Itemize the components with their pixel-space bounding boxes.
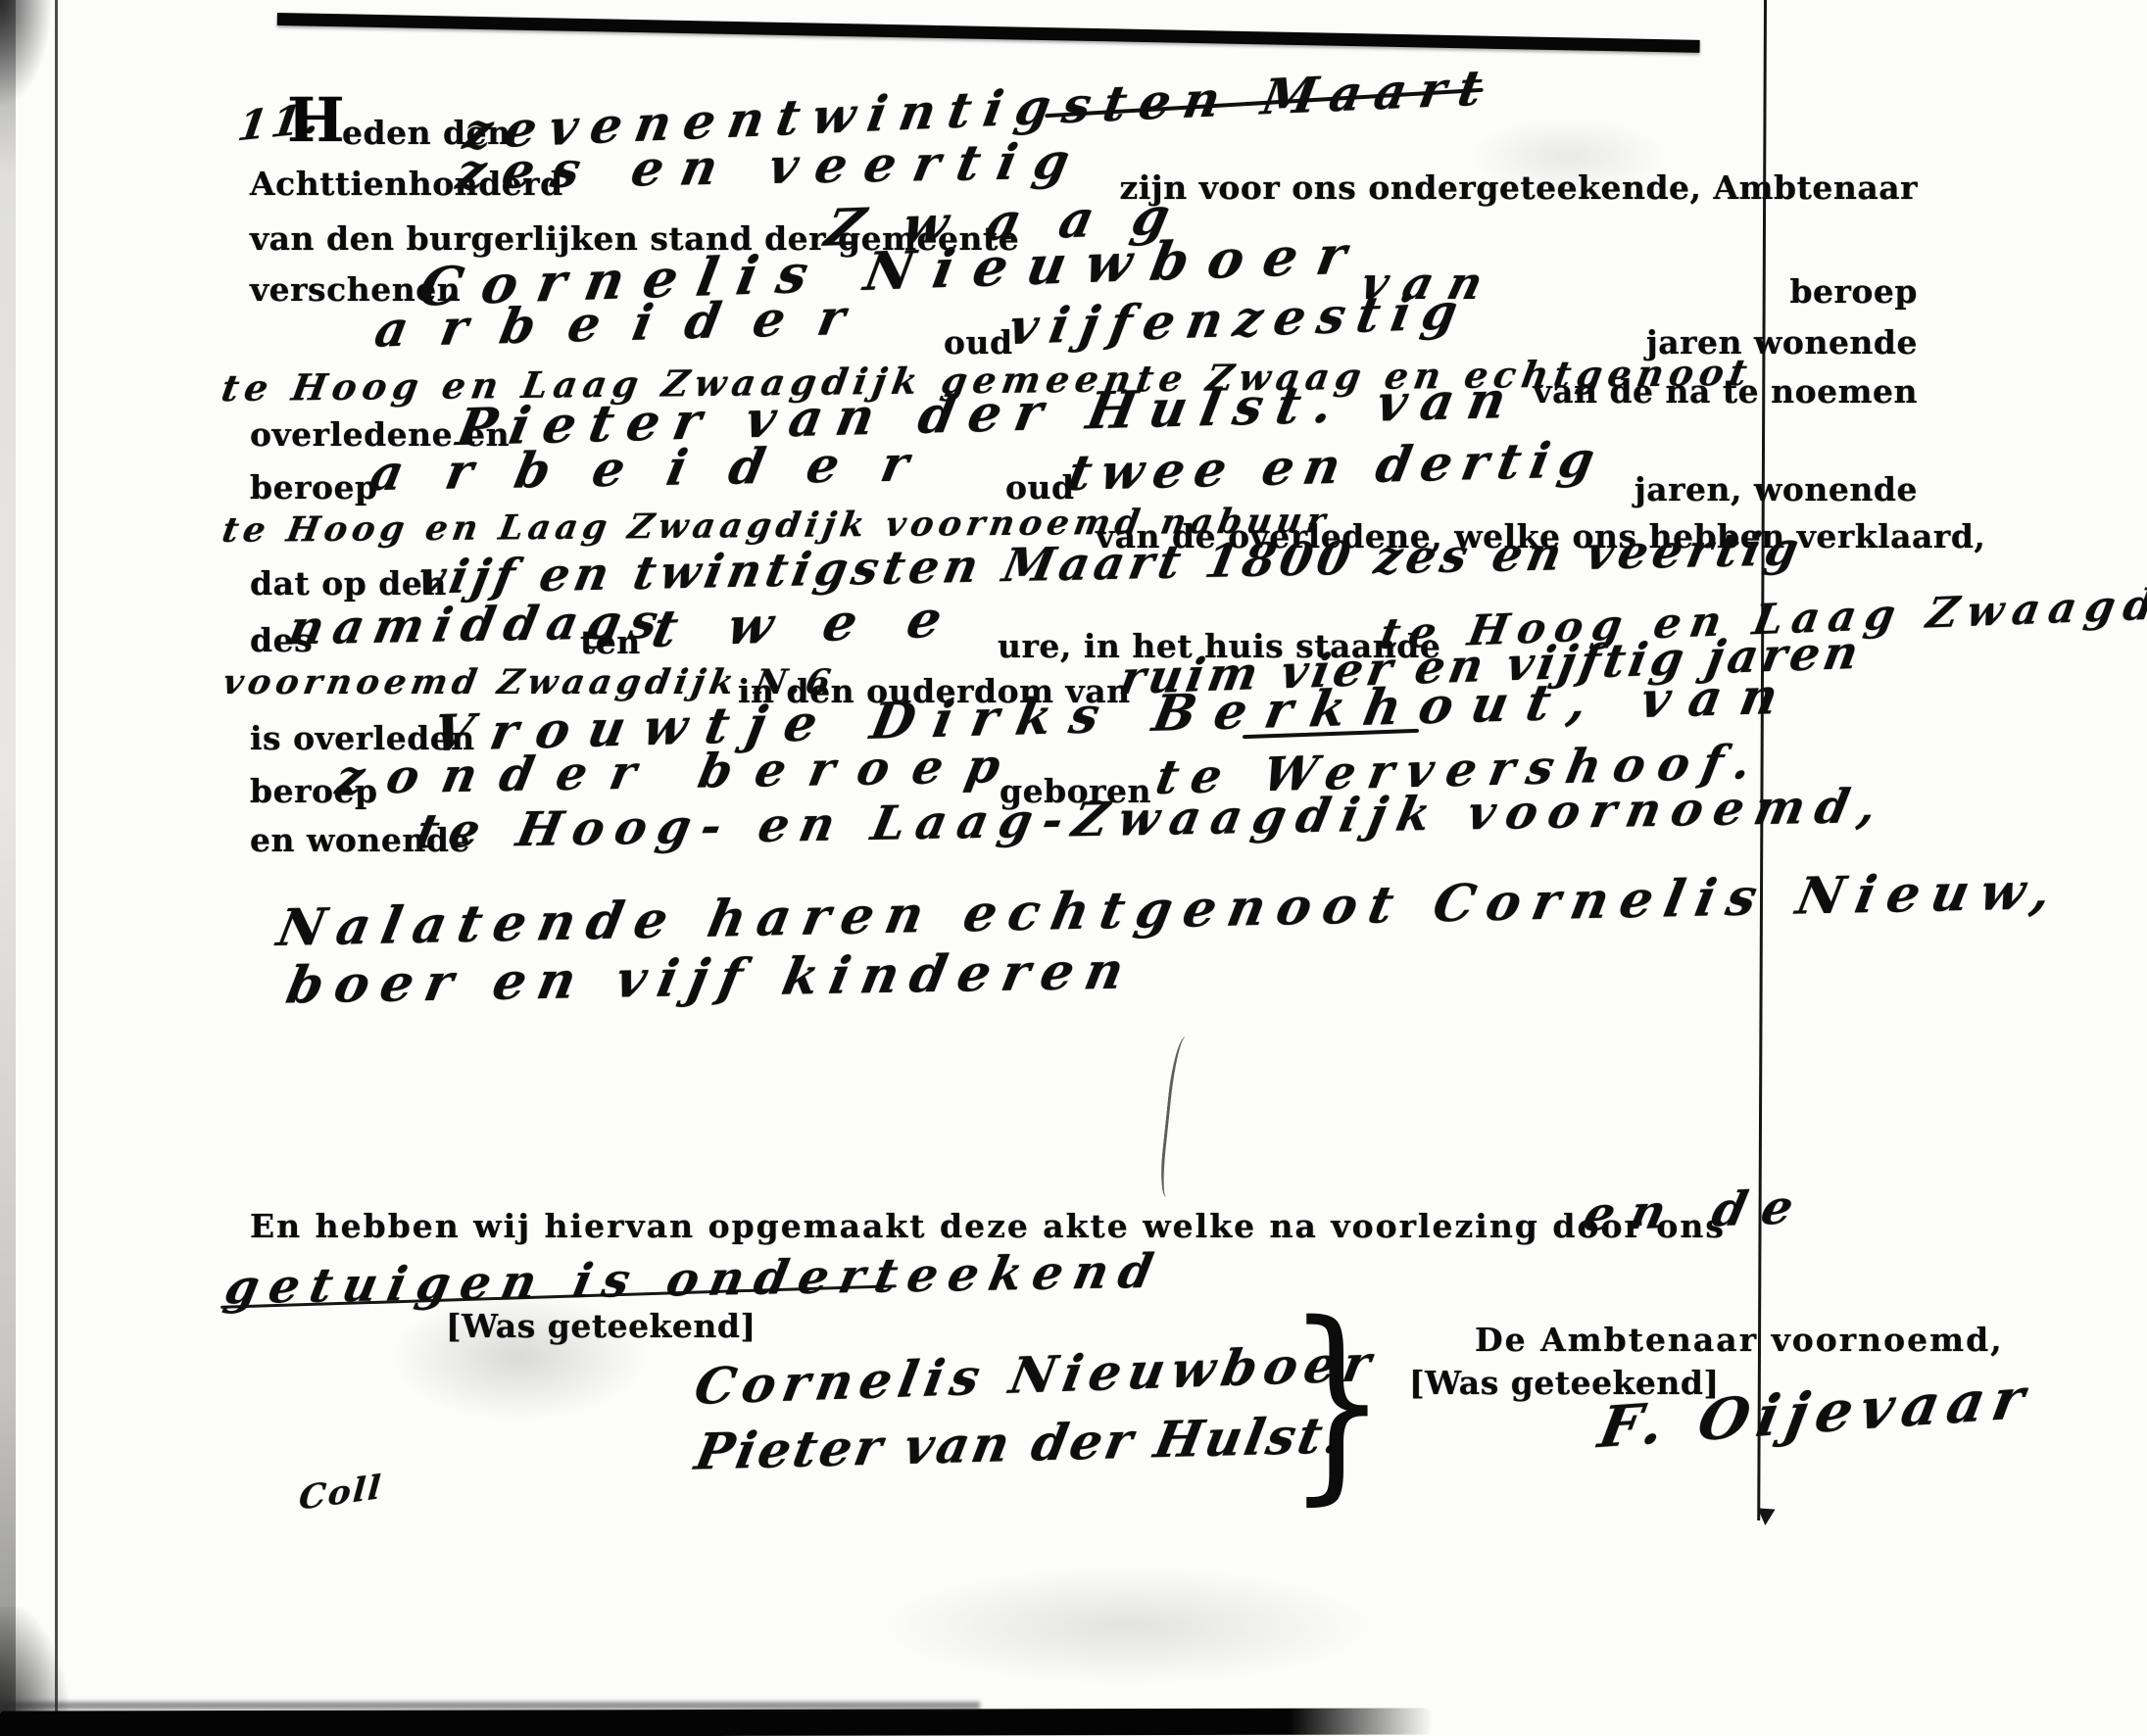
witness2-signature: Pieter van der Hulst.: [691, 1406, 1350, 1481]
ten-label: ten: [580, 623, 641, 661]
na-te-noemen-label: van de na te noemen: [1533, 372, 1918, 410]
beroep2-label: beroep: [250, 468, 378, 506]
year-handwriting: zes en veertig: [452, 131, 1092, 200]
heden-drop-cap: H: [287, 90, 345, 151]
was-geteekend-left-label: [Was geteekend]: [446, 1307, 756, 1345]
oud-label: oud: [944, 323, 1013, 362]
collation-mark: Coll: [298, 1468, 384, 1518]
jaren-wonende2-label: jaren, wonende: [1635, 470, 1918, 508]
top-rule: [277, 13, 1700, 53]
bottom-scan-smear: [0, 1702, 980, 1710]
top-left-corner-smudge: [0, 0, 53, 108]
closing-handwriting-2: getuigen is onderteekend: [220, 1244, 1168, 1316]
right-rule-arrowhead-icon: [1756, 1508, 1775, 1525]
paper-smudge: [882, 1567, 1372, 1685]
survivors-handwriting-line1: Nalatende haren echtgenoot Cornelis Nieu…: [272, 861, 2068, 958]
closing-handwriting-1: en de: [1579, 1180, 1814, 1242]
declarant1-occupation-handwriting: arbeider: [370, 287, 883, 358]
left-scan-edge: [0, 0, 16, 1736]
officials-label: zijn voor ons ondergeteekende, Ambtenaar: [1120, 169, 1918, 207]
pen-mark: [1157, 1036, 1202, 1199]
official-title-label: De Ambtenaar voornoemd,: [1475, 1321, 2004, 1359]
witness1-signature: Cornelis Nieuwboer: [690, 1334, 1382, 1417]
bottom-scan-band: [0, 1708, 1433, 1736]
declarant2-occupation-handwriting: arbeider: [366, 434, 956, 502]
death-certificate-scan: 11. H eden den zevenentwintigsten Maart …: [0, 0, 2147, 1736]
beroep-label: beroep: [1789, 272, 1918, 311]
declarant2-age-handwriting: twee en dertig: [1063, 430, 1609, 502]
left-margin-rule: [55, 0, 58, 1736]
hour-handwriting: twee: [647, 588, 999, 659]
closing-label: En hebben wij hiervan opgemaakt deze akt…: [250, 1207, 1726, 1245]
signature-brace-icon: }: [1287, 1295, 1388, 1506]
